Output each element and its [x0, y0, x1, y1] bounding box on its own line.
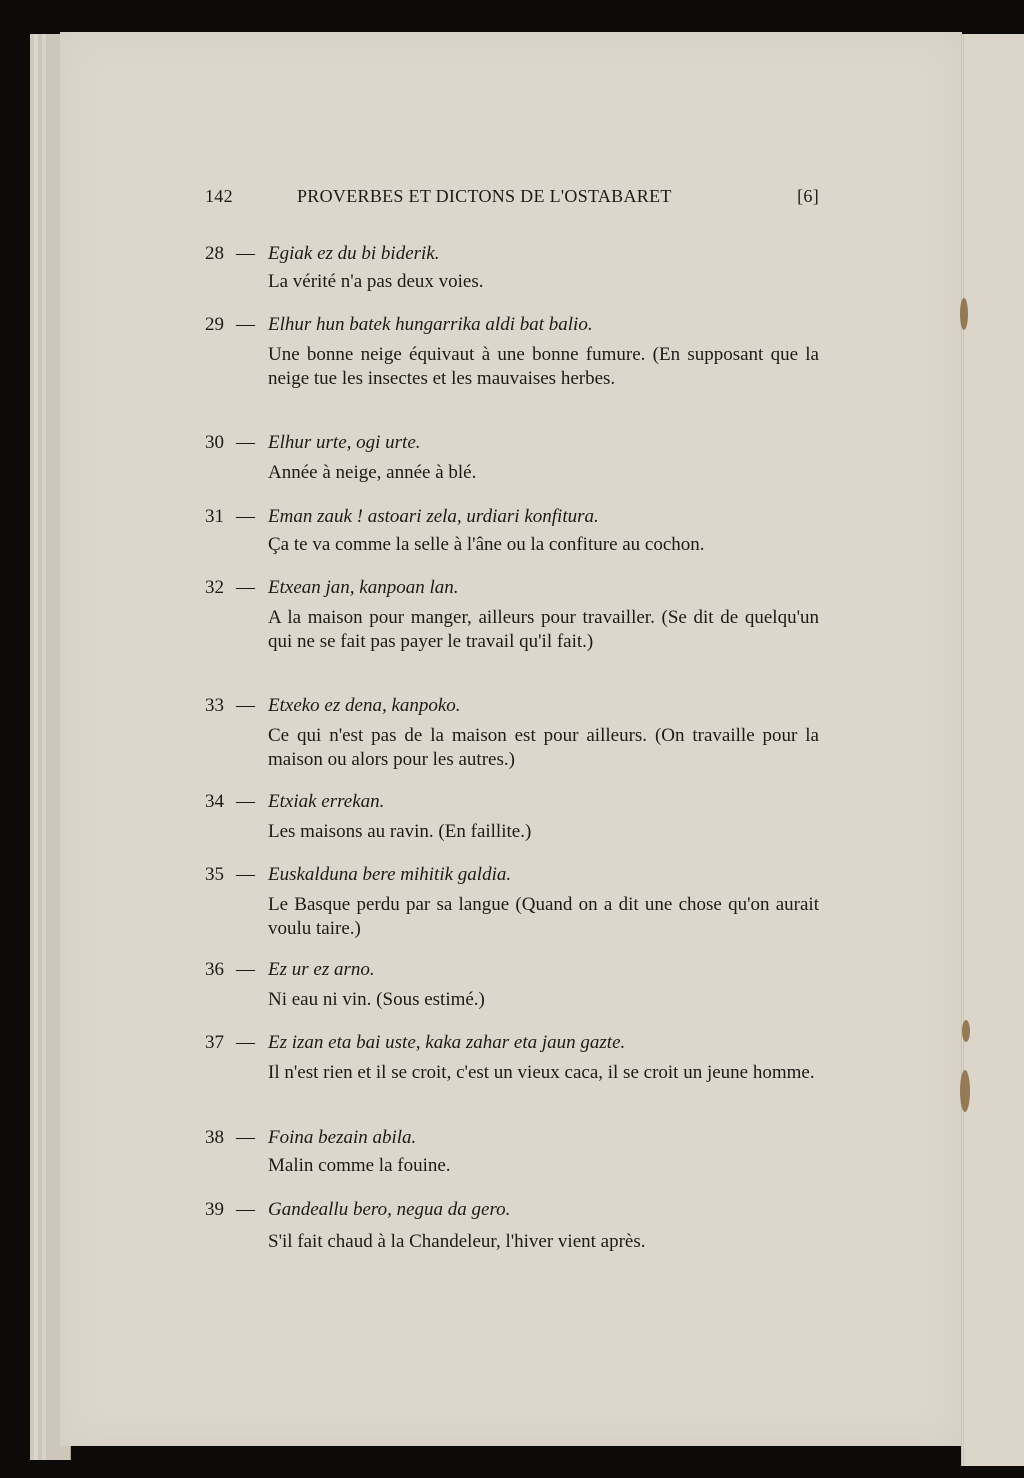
basque-proverb: Gandeallu bero, negua da gero.: [268, 1198, 510, 1222]
basque-proverb: Etxiak errekan.: [268, 790, 384, 814]
proverb-number: 34: [205, 790, 224, 814]
proverb-number: 30: [205, 431, 224, 455]
em-dash: —: [236, 242, 255, 266]
proverb-number: 33: [205, 694, 224, 718]
facing-page-sliver: [962, 34, 1024, 1466]
french-translation: Ça te va comme la selle à l'âne ou la co…: [268, 533, 819, 557]
french-translation: Ni eau ni vin. (Sous estimé.): [268, 988, 819, 1012]
binding-stain: [962, 1020, 970, 1042]
basque-proverb: Ez ur ez arno.: [268, 958, 375, 982]
em-dash: —: [236, 790, 255, 814]
page-number: 142: [205, 186, 233, 207]
section-number: [6]: [797, 186, 819, 207]
em-dash: —: [236, 958, 255, 982]
basque-proverb: Elhur hun batek hungarrika aldi bat bali…: [268, 313, 593, 337]
em-dash: —: [236, 576, 255, 600]
proverb-number: 38: [205, 1126, 224, 1150]
proverb-number: 37: [205, 1031, 224, 1055]
em-dash: —: [236, 505, 255, 529]
proverb-number: 35: [205, 863, 224, 887]
em-dash: —: [236, 431, 255, 455]
em-dash: —: [236, 1198, 255, 1222]
french-translation: S'il fait chaud à la Chandeleur, l'hiver…: [268, 1230, 819, 1254]
basque-proverb: Foina bezain abila.: [268, 1126, 416, 1150]
proverb-number: 28: [205, 242, 224, 266]
em-dash: —: [236, 1126, 255, 1150]
french-translation: Il n'est rien et il se croit, c'est un v…: [268, 1061, 819, 1085]
book-gutter: [961, 34, 963, 1466]
proverb-number: 29: [205, 313, 224, 337]
french-translation: Les maisons au ravin. (En faillite.): [268, 820, 819, 844]
basque-proverb: Eman zauk ! astoari zela, urdiari konfit…: [268, 505, 599, 529]
basque-proverb: Ez izan eta bai uste, kaka zahar eta jau…: [268, 1031, 625, 1055]
em-dash: —: [236, 1031, 255, 1055]
french-translation: Ce qui n'est pas de la maison est pour a…: [268, 724, 819, 771]
proverb-number: 36: [205, 958, 224, 982]
basque-proverb: Egiak ez du bi biderik.: [268, 242, 440, 266]
running-title: PROVERBES ET DICTONS DE L'OSTABARET: [297, 186, 672, 207]
binding-stain: [960, 298, 968, 330]
basque-proverb: Etxeko ez dena, kanpoko.: [268, 694, 461, 718]
proverb-number: 39: [205, 1198, 224, 1222]
basque-proverb: Elhur urte, ogi urte.: [268, 431, 421, 455]
french-translation: Le Basque perdu par sa langue (Quand on …: [268, 893, 819, 940]
em-dash: —: [236, 694, 255, 718]
proverb-number: 31: [205, 505, 224, 529]
em-dash: —: [236, 313, 255, 337]
french-translation: Une bonne neige équivaut à une bonne fum…: [268, 343, 819, 390]
basque-proverb: Etxean jan, kanpoan lan.: [268, 576, 459, 600]
basque-proverb: Euskalduna bere mihitik galdia.: [268, 863, 511, 887]
proverb-number: 32: [205, 576, 224, 600]
binding-stain: [960, 1070, 970, 1112]
french-translation: Malin comme la fouine.: [268, 1154, 819, 1178]
french-translation: La vérité n'a pas deux voies.: [268, 270, 819, 294]
french-translation: A la maison pour manger, ailleurs pour t…: [268, 606, 819, 653]
french-translation: Année à neige, année à blé.: [268, 461, 819, 485]
em-dash: —: [236, 863, 255, 887]
